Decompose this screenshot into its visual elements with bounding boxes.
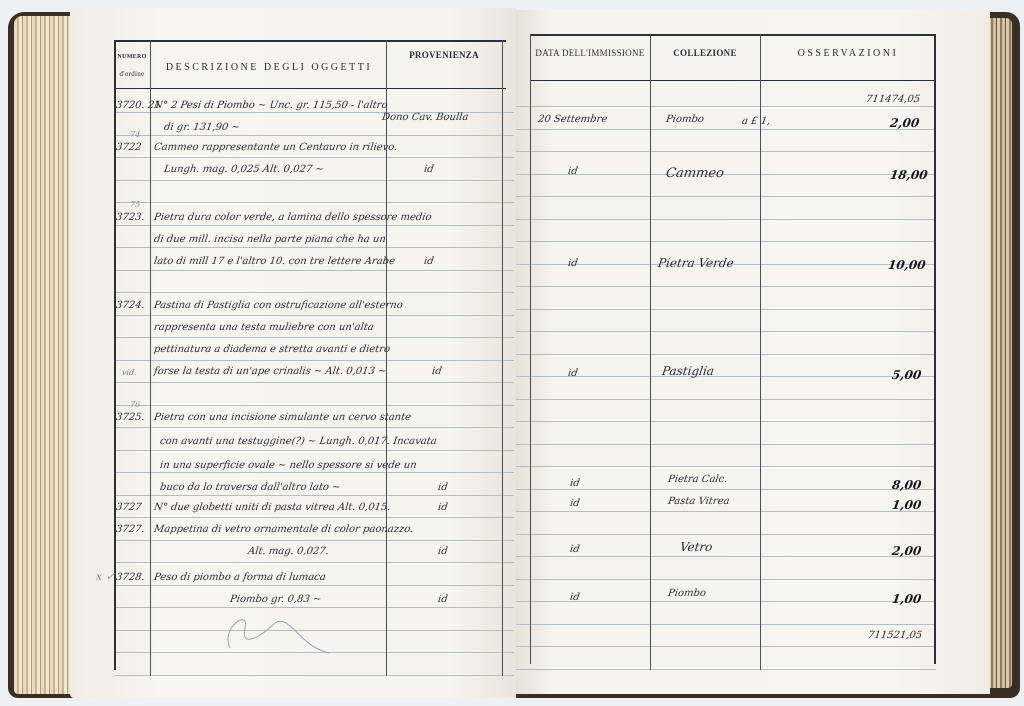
col-divider-numero <box>150 40 151 676</box>
header-top-rule <box>114 40 506 42</box>
margin-note: vid. <box>121 368 137 377</box>
entry-provenienza: id <box>437 594 448 605</box>
entry-description-line: Pastina di Pastiglia con ostruficazione … <box>153 300 403 311</box>
entry-date: id <box>567 166 578 177</box>
entry-provenienza: id <box>423 164 434 175</box>
ruled-line <box>114 562 514 563</box>
ruled-line <box>114 382 514 383</box>
entry-collection: Cammeo <box>665 166 725 181</box>
col-divider-data <box>530 34 531 664</box>
header-collezione: COLLEZIONE <box>650 48 760 58</box>
header-descrizione: DESCRIZIONE DEGLI OGGETTI <box>154 62 384 73</box>
ruled-line <box>114 517 514 518</box>
ruled-line <box>516 489 936 490</box>
entry-number: 3724. <box>115 300 145 311</box>
ruled-line <box>114 585 514 586</box>
pencil-note: 74 <box>129 130 140 139</box>
entry-provenienza: id <box>437 502 448 513</box>
entry-number: 3727 <box>115 502 142 513</box>
header-bottom-rule <box>530 80 936 81</box>
ruled-line <box>516 534 936 535</box>
pencil-note: 75 <box>129 200 140 209</box>
entry-provenienza: id <box>437 482 448 493</box>
ruled-line <box>516 151 936 152</box>
ruled-line <box>516 309 936 310</box>
entry-value: 1,00 <box>891 498 922 512</box>
ruled-line <box>516 556 936 557</box>
ruled-line <box>114 270 514 271</box>
entry-date: id <box>569 592 580 603</box>
total-amount: 711521,05 <box>867 630 923 641</box>
ruled-line <box>516 669 936 670</box>
ruled-line <box>516 624 936 625</box>
entry-description-line: di due mill. incisa nella parte piana ch… <box>153 234 386 245</box>
right-border <box>934 34 936 664</box>
entry-description-line: Lungh. mag. 0,025 Alt. 0,027 ~ <box>163 164 324 175</box>
entry-value: 18,00 <box>889 168 929 182</box>
entry-date: id <box>569 498 580 509</box>
entry-description-line: rappresenta una testa muliebre con un'al… <box>153 322 374 333</box>
entry-number: 3722 <box>115 142 142 153</box>
entry-description-line: Mappetina di vetro ornamentale di color … <box>153 524 414 535</box>
pencil-note: 76 <box>129 400 140 409</box>
ruled-line <box>516 196 936 197</box>
entry-number: 3728. <box>115 572 145 583</box>
entry-description-line: con avanti una testuggine(?) ~ Lungh. 0,… <box>159 436 437 447</box>
ruled-line <box>516 421 936 422</box>
ruled-line <box>114 405 514 406</box>
col-divider-collezione <box>650 34 651 670</box>
entry-number: 3727. <box>115 524 145 535</box>
ruled-line <box>114 337 514 338</box>
right-page: DATA DELL'IMMISSIONE COLLEZIONE OSSERVAZ… <box>516 10 990 694</box>
ruled-line <box>114 472 514 473</box>
entry-description-line: Alt. mag. 0,027. <box>247 546 329 557</box>
entry-description-line: Pietra con una incisione simulante un ce… <box>153 412 412 423</box>
entry-provenienza: id <box>431 366 442 377</box>
entry-date: id <box>567 258 578 269</box>
ruled-line <box>114 225 514 226</box>
ruled-line <box>516 399 936 400</box>
carry-forward-amount: 711474,05 <box>865 94 921 105</box>
page-edges-right <box>988 18 1012 688</box>
entry-date: id <box>567 368 578 379</box>
entry-note: a £ 1, <box>741 116 771 127</box>
col-divider-osservazioni <box>760 34 761 670</box>
ruled-line <box>516 129 936 130</box>
entry-collection: Pasta Vitrea <box>667 496 730 507</box>
entry-provenienza: id <box>437 546 448 557</box>
ruled-line <box>516 219 936 220</box>
header-numero: NUMERO <box>114 54 150 60</box>
ruled-line <box>114 247 514 248</box>
ruled-line <box>516 511 936 512</box>
entry-description-line: forse la testa di un'ape crinalis ~ Alt.… <box>153 366 387 377</box>
ruled-line <box>114 427 514 428</box>
ruled-line <box>114 360 514 361</box>
entry-number: 3725. <box>115 412 145 423</box>
entry-description-line: buco da lo traversa dall'altro lato ~ <box>159 482 341 493</box>
ruled-line <box>114 157 514 158</box>
header-bottom-rule <box>114 88 506 89</box>
entry-value: 5,00 <box>891 368 922 382</box>
entry-description-line: di gr. 131,90 ~ <box>163 122 240 133</box>
entry-collection: Pastiglia <box>661 364 715 378</box>
header-osservazioni: OSSERVAZIONI <box>762 48 934 59</box>
ruled-line <box>516 646 936 647</box>
entry-collection: Piombo <box>667 588 706 599</box>
ruled-line <box>516 376 936 377</box>
entry-description-line: lato di mill 17 e l'altro 10. con tre le… <box>153 256 396 267</box>
entry-date: 20 Settembre <box>537 114 608 125</box>
col-divider-end <box>502 40 503 676</box>
entry-collection: Pietra Verde <box>657 256 735 270</box>
entry-value: 2,00 <box>891 544 922 558</box>
entry-provenienza: Dono Cav. Boulla <box>381 112 469 123</box>
ruled-line <box>516 444 936 445</box>
ruled-line <box>114 202 514 203</box>
ruled-line <box>516 579 936 580</box>
ruled-line <box>114 675 514 676</box>
ruled-line <box>516 174 936 175</box>
ruled-line <box>114 315 514 316</box>
entry-description-line: N° 2 Pesi di Piombo ~ Unc. gr. 115,50 - … <box>153 100 388 111</box>
entry-number: 3723. <box>115 212 145 223</box>
entry-description-line: in una superficie ovale ~ nello spessore… <box>159 460 417 471</box>
page-edges-left <box>14 16 76 694</box>
ruled-line <box>114 180 514 181</box>
ruled-line <box>516 354 936 355</box>
ruled-line <box>516 466 936 467</box>
entry-description-line: Pietra dura color verde, a lamina dello … <box>153 212 432 223</box>
entry-description-line: N° due globetti uniti di pasta vitrea Al… <box>153 502 391 513</box>
ruled-line <box>516 241 936 242</box>
pencil-flourish <box>220 608 340 658</box>
header-data: DATA DELL'IMMISSIONE <box>530 48 650 58</box>
entry-value: 2,00 <box>889 116 920 130</box>
entry-provenienza: id <box>423 256 434 267</box>
header-provenienza: PROVENIENZA <box>386 50 502 60</box>
entry-value: 1,00 <box>891 592 922 606</box>
ruled-line <box>516 106 936 107</box>
ruled-line <box>114 292 514 293</box>
ruled-line <box>516 286 936 287</box>
left-page: NUMERO d'ordine DESCRIZIONE DEGLI OGGETT… <box>70 8 516 698</box>
ruled-line <box>516 331 936 332</box>
entry-description-line: Cammeo rappresentante un Centauro in ril… <box>153 142 398 153</box>
entry-description-line: pettinatura a diadema e stretta avanti e… <box>153 344 390 355</box>
entry-description-line: Peso di piombo a forma di lumaca <box>153 572 326 583</box>
ruled-line <box>114 540 514 541</box>
entry-description-line: Piombo gr. 0,83 ~ <box>229 594 322 605</box>
entry-value: 10,00 <box>887 258 927 272</box>
header-top-rule <box>530 34 936 36</box>
entry-value: 8,00 <box>891 478 922 492</box>
col-divider-provenienza <box>386 40 387 676</box>
entry-collection: Vetro <box>679 540 713 554</box>
margin-note: x ✓ <box>95 570 116 583</box>
ruled-line <box>114 450 514 451</box>
entry-date: id <box>569 478 580 489</box>
entry-collection: Pietra Calc. <box>667 474 728 485</box>
ruled-line <box>114 135 514 136</box>
header-ordine: d'ordine <box>114 70 150 78</box>
ruled-line <box>114 495 514 496</box>
entry-collection: Piombo <box>665 114 704 125</box>
entry-date: id <box>569 544 580 555</box>
